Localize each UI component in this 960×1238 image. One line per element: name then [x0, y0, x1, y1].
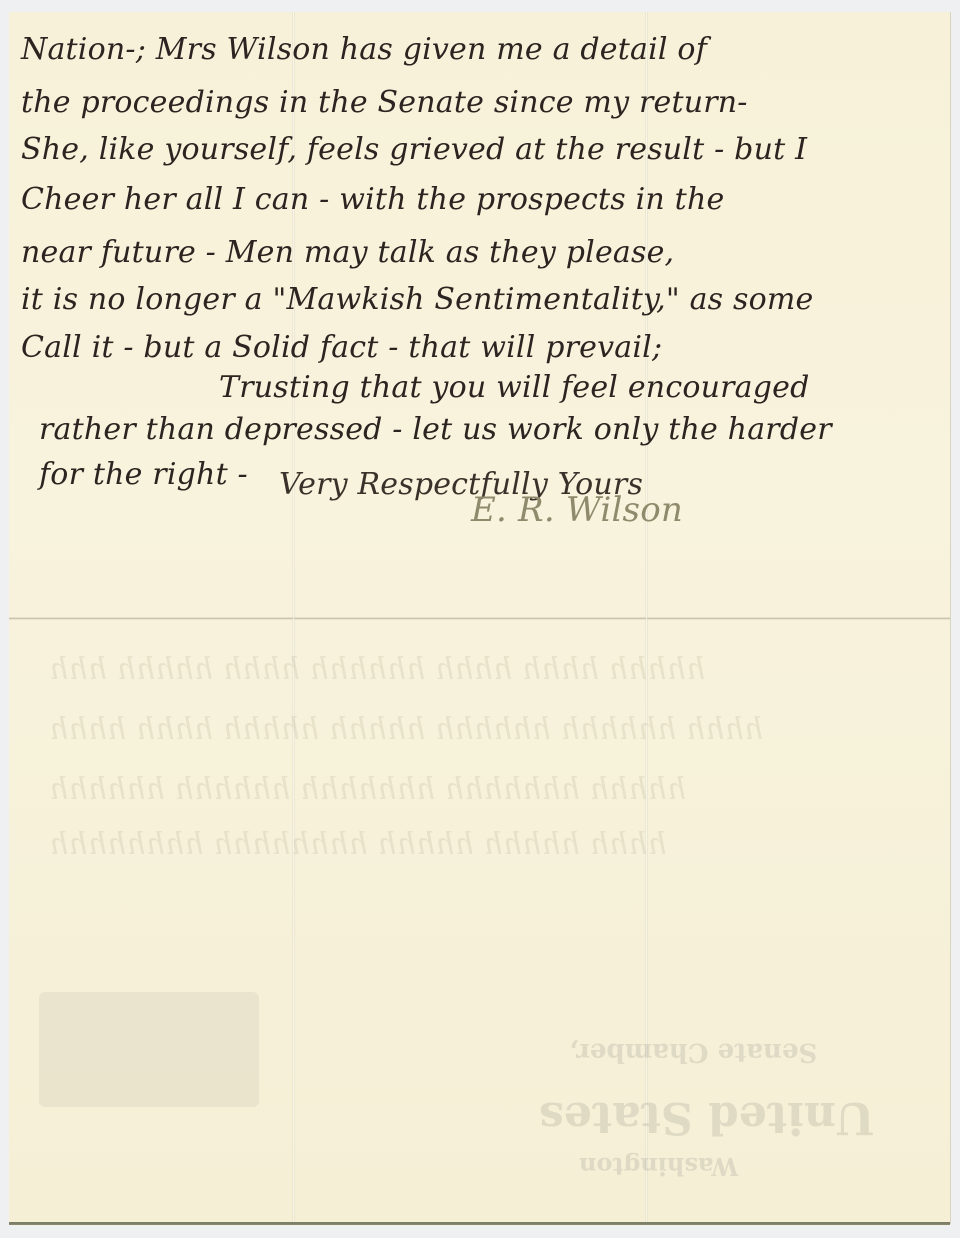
- letter-line: it is no longer a "Mawkish Sentimentalit…: [21, 282, 813, 317]
- show-through-letterhead: Senate Chamber,: [569, 1037, 817, 1067]
- letter-line: Cheer her all I can - with the prospects…: [21, 182, 724, 217]
- letter-line: near future - Men may talk as they pleas…: [21, 235, 674, 270]
- letter-line: Trusting that you will feel encouraged: [219, 370, 810, 405]
- signature: E. R. Wilson: [471, 490, 683, 530]
- letter-page: hhhhh hhhh hhhh hhhhhh hhhh hhhhh hhh hh…: [9, 12, 950, 1224]
- show-through-text: hhhh hhhhh hhhhh hhhhhhhh hhhhhhhh: [49, 827, 667, 862]
- letter-line: She, like yourself, feels grieved at the…: [21, 132, 807, 167]
- show-through-text: hhhhh hhhh hhhh hhhhhh hhhh hhhhh hhh: [49, 652, 705, 687]
- letter-line: Nation-; Mrs Wilson has given me a detai…: [21, 32, 707, 67]
- letter-line: for the right -: [39, 457, 248, 492]
- show-through-text: hhhh hhhhhh hhhhhh hhhhh hhhhh hhhh hhhh: [49, 712, 763, 747]
- horizontal-fold: [9, 617, 950, 620]
- show-through-text: hhhhh hhhhhhh hhhhhhh hhhhhh hhhhhh: [49, 772, 686, 807]
- show-through-engraving: [39, 992, 259, 1107]
- show-through-letterhead: United States: [539, 1092, 874, 1143]
- show-through-letterhead: Washington: [579, 1152, 738, 1181]
- letter-line: Call it - but a Solid fact - that will p…: [21, 330, 662, 365]
- letter-line: the proceedings in the Senate since my r…: [21, 85, 748, 120]
- letter-line: rather than depressed - let us work only…: [39, 412, 832, 447]
